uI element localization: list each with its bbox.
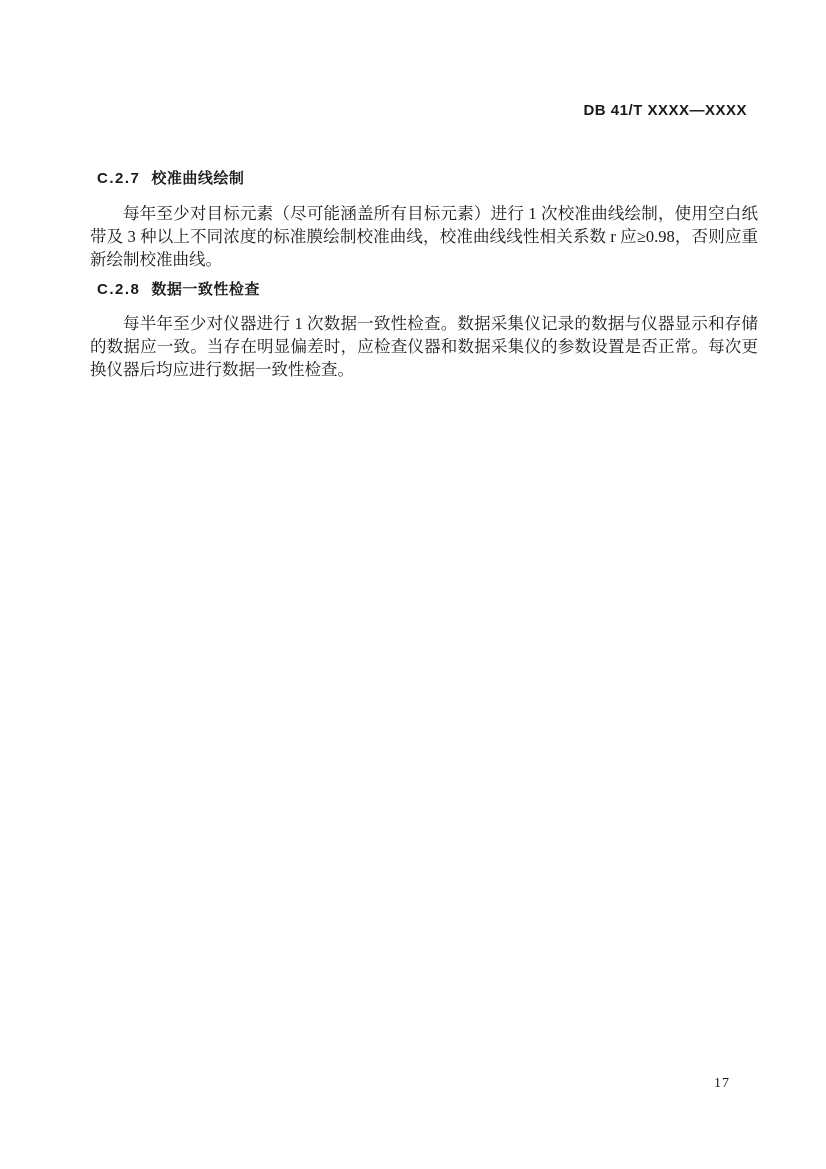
section-c28-paragraph: 每半年至少对仪器进行 1 次数据一致性检查。数据采集仪记录的数据与仪器显示和存储… bbox=[90, 312, 758, 381]
section-heading-c27: C.2.7校准曲线绘制 bbox=[90, 170, 758, 188]
section-title: 校准曲线绘制 bbox=[151, 170, 244, 187]
document-page: DB 41/T XXXX—XXXX C.2.7校准曲线绘制 每年至少对目标元素（… bbox=[0, 0, 826, 1169]
section-c27-paragraph: 每年至少对目标元素（尽可能涵盖所有目标元素）进行 1 次校准曲线绘制，使用空白纸… bbox=[90, 202, 758, 271]
page-content: C.2.7校准曲线绘制 每年至少对目标元素（尽可能涵盖所有目标元素）进行 1 次… bbox=[90, 170, 758, 381]
section-number: C.2.8 bbox=[97, 281, 140, 298]
page-number: 17 bbox=[714, 1076, 730, 1092]
section-title: 数据一致性检查 bbox=[151, 281, 260, 298]
section-heading-c28: C.2.8数据一致性检查 bbox=[90, 281, 758, 299]
standard-number-header: DB 41/T XXXX—XXXX bbox=[583, 102, 747, 119]
section-number: C.2.7 bbox=[97, 170, 140, 187]
